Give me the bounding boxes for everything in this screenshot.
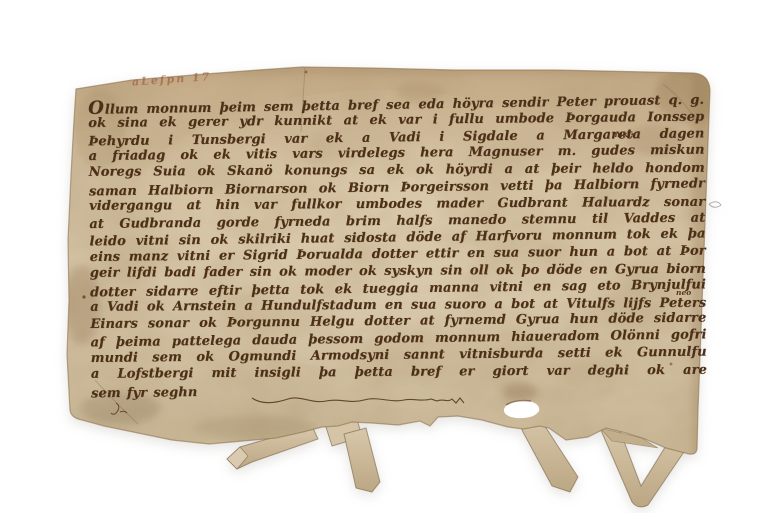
seal-tag bbox=[344, 428, 380, 492]
manuscript-text: Ollum monnum þeim sem þetta bref sea eda… bbox=[88, 93, 707, 402]
edge-fiber bbox=[709, 202, 721, 208]
photo-canvas: aLeſpn 17 mikls neo Ollum monnum þeim se… bbox=[0, 0, 768, 513]
manuscript-line: a Vadi ok Arnstein a Hundulfstadum en su… bbox=[90, 295, 706, 316]
